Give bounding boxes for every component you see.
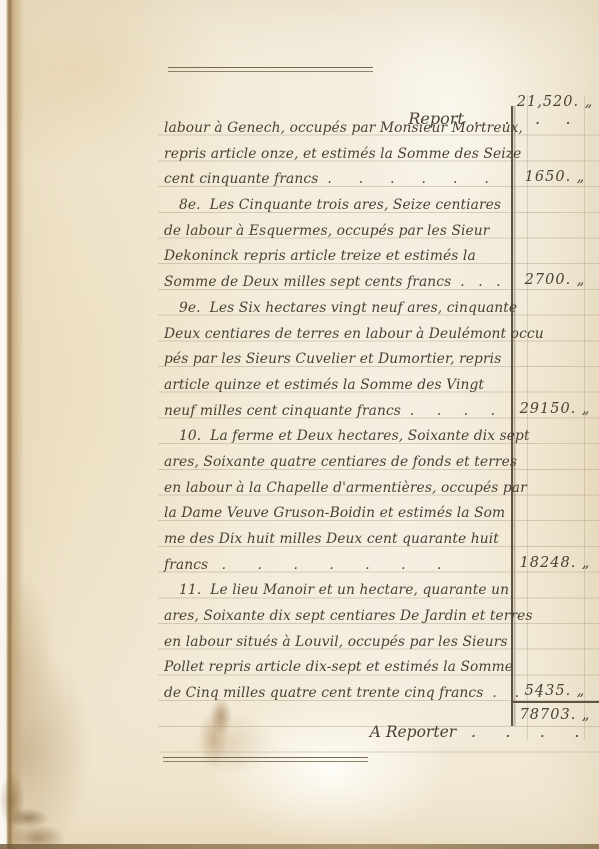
footer-label: A Reporter . . . . . (370, 723, 599, 741)
footer-amount: 78703. „ (514, 707, 596, 723)
manuscript-line: 9e. Les Six hectares vingt neuf ares, ci… (164, 296, 512, 322)
manuscript-line: me des Dix huit milles Deux cent quarant… (164, 527, 512, 553)
line-amount: 5435. „ (514, 683, 596, 699)
manuscript-line: labour à Genech, occupés par Monsieur Mo… (164, 116, 512, 142)
manuscript-line: pés par les Sieurs Cuvelier et Dumortier… (164, 347, 512, 373)
manuscript-line: de labour à Esquermes, occupés par les S… (164, 219, 512, 245)
manuscript-line: 8e. Les Cinquante trois ares, Seize cent… (164, 193, 512, 219)
line-amount: 18248. „ (514, 555, 596, 571)
bottom-double-rule (163, 757, 368, 762)
manuscript-line: cent cinquante francs . . . . . . (164, 167, 512, 193)
manuscript-line: ares, Soixante quatre centiares de fonds… (164, 450, 512, 476)
manuscript-line: article quinze et estimés la Somme des V… (164, 373, 512, 399)
ledger-faint-column-rule (527, 95, 528, 740)
manuscript-line: Deux centiares de terres en labour à Deu… (164, 322, 512, 348)
report-amount: 21,520. „ (514, 94, 596, 110)
document-page: Report . . . . 21,520. „ labour à Genech… (0, 0, 599, 849)
manuscript-line: Dekoninck repris article treize et estim… (164, 244, 512, 270)
manuscript-line: Somme de Deux milles sept cents francs .… (164, 270, 512, 296)
ledger-faint-column-rule (584, 95, 585, 740)
manuscript-line: en labour à la Chapelle d'armentières, o… (164, 476, 512, 502)
manuscript-line: francs . . . . . . . (164, 553, 512, 579)
manuscript-line: la Dame Veuve Gruson-Boidin et estimés l… (164, 501, 512, 527)
top-double-rule (168, 67, 373, 72)
manuscript-line: Pollet repris article dix-sept et estimé… (164, 655, 512, 681)
manuscript-line: en labour situés à Louvil, occupés par l… (164, 630, 512, 656)
carry-total-rule (512, 701, 599, 703)
line-amount: 29150. „ (514, 401, 596, 417)
left-edge-fray-stain (0, 760, 70, 849)
bottom-page-edge (0, 844, 599, 849)
manuscript-line: ares, Soixante dix sept centiares De Jar… (164, 604, 512, 630)
left-page-edge (0, 0, 26, 849)
manuscript-line: repris article onze, et estimés la Somme… (164, 142, 512, 168)
manuscript-line: neuf milles cent cinquante francs . . . … (164, 399, 512, 425)
line-amount: 1650. „ (514, 169, 596, 185)
manuscript-line: 10. La ferme et Deux hectares, Soixante … (164, 424, 512, 450)
manuscript-body: labour à Genech, occupés par Monsieur Mo… (164, 116, 512, 707)
line-amount: 2700. „ (514, 272, 596, 288)
manuscript-line: 11. Le lieu Manoir et un hectare, quaran… (164, 578, 512, 604)
manuscript-line: de Cinq milles quatre cent trente cinq f… (164, 681, 512, 707)
